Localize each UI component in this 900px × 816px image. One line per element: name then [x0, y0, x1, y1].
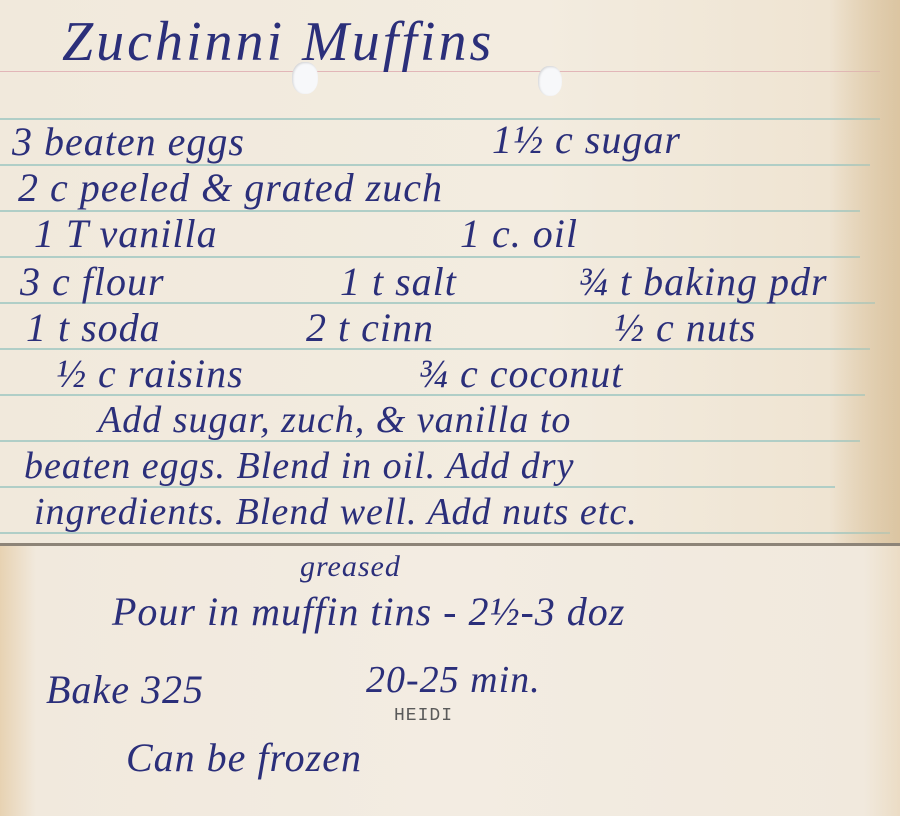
name-stamp: HEIDI [394, 706, 453, 726]
ingredient: 2 c peeled & grated zuch [18, 164, 443, 211]
continuation-card: greased Pour in muffin tins - 2½-3 doz B… [0, 546, 900, 816]
ingredient: 1 c. oil [460, 210, 578, 257]
freeze-note: Can be frozen [126, 734, 362, 781]
bake-time: 20-25 min. [366, 658, 541, 702]
pour-instruction: Pour in muffin tins - 2½-3 doz [112, 588, 625, 635]
ingredient: 3 c flour [20, 258, 165, 305]
direction-line: ingredients. Blend well. Add nuts etc. [34, 490, 638, 534]
punch-hole [538, 66, 562, 96]
ingredient: 1 t salt [340, 258, 457, 305]
lined-index-card: Zuchinni Muffins 3 beaten eggs 1½ c suga… [0, 0, 900, 544]
ingredient: 1 T vanilla [34, 210, 218, 257]
direction-line: beaten eggs. Blend in oil. Add dry [24, 444, 574, 488]
recipe-title: Zuchinni Muffins [62, 10, 494, 74]
ingredient: ½ c raisins [56, 350, 244, 397]
bake-temperature: Bake 325 [46, 666, 204, 713]
ingredient: ¾ c coconut [418, 350, 623, 397]
direction-line: Add sugar, zuch, & vanilla to [98, 398, 571, 442]
ingredient: ½ c nuts [614, 304, 756, 351]
inserted-word: greased [300, 550, 401, 584]
ingredient: 1½ c sugar [492, 116, 681, 163]
recipe-card-scan: Zuchinni Muffins 3 beaten eggs 1½ c suga… [0, 0, 900, 816]
ingredient: 3 beaten eggs [12, 118, 245, 165]
ingredient: 1 t soda [26, 304, 161, 351]
ingredient: 2 t cinn [306, 304, 434, 351]
ingredient: ¾ t baking pdr [578, 258, 828, 305]
